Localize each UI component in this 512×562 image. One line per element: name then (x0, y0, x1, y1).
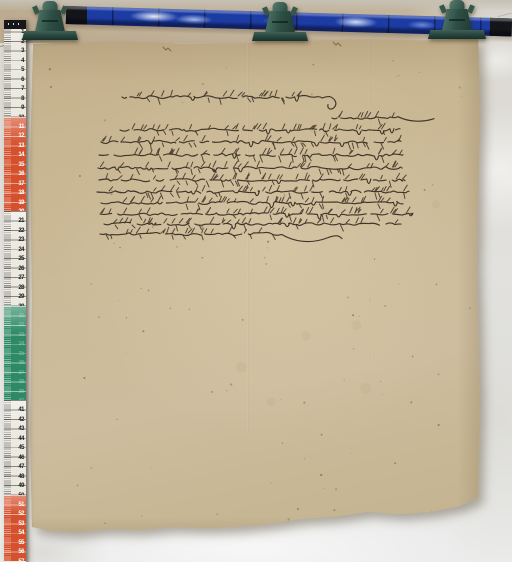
ruler-number: 3 (21, 48, 24, 54)
ruler-number: 22 (18, 228, 24, 234)
ruler-number: 56 (18, 549, 24, 555)
clip-body (442, 9, 472, 31)
ruler-number: 4 (21, 58, 24, 64)
ruler-band-11-20: 11121314151617181920 (4, 117, 26, 212)
ruler-number: 13 (18, 143, 24, 149)
ruler-number: 45 (18, 445, 24, 451)
ruler-number: 44 (18, 436, 24, 442)
ruler-mm-ticks (4, 117, 11, 212)
ruler-number: 32 (18, 322, 24, 328)
ruler-band-31-40: 31323334353637383940 (4, 306, 26, 401)
ruler-number: 43 (18, 426, 24, 432)
clip-base (428, 30, 486, 39)
ruler-number: 57 (18, 559, 24, 562)
ruler-number: 39 (18, 389, 24, 395)
ruler-band-21-30: 21222324252627282930 (4, 211, 26, 306)
ruler-number: 17 (18, 181, 24, 187)
ruler-number: 27 (18, 275, 24, 281)
ruler-number: 47 (18, 464, 24, 470)
clip-knob-icon (43, 1, 58, 11)
ruler-number: 41 (18, 407, 24, 413)
ruler-number: 51 (18, 502, 24, 508)
ruler-number: 38 (18, 379, 24, 385)
ruler-band-41-50: 41424344454647484950 (4, 400, 26, 495)
manuscript-paper (30, 38, 480, 532)
paper-shadow-wrap (0, 0, 512, 562)
ruler-number: 26 (18, 266, 24, 272)
ruler-number: 25 (18, 256, 24, 262)
ruler-number: 42 (18, 417, 24, 423)
ruler-number: 24 (18, 247, 24, 253)
ruler-number: 11 (19, 124, 24, 130)
binder-clip-left (22, 1, 78, 40)
ruler-number: 36 (18, 360, 24, 366)
tape-measure-ruler: 1234567891011121314151617181920212223242… (4, 20, 26, 562)
ruler-number: 6 (21, 77, 24, 83)
clip-body (35, 10, 65, 32)
ruler-number: 8 (21, 96, 24, 102)
handwritten-ink (30, 38, 480, 532)
binder-clip-right (428, 0, 486, 39)
ruler-number: 48 (18, 474, 24, 480)
binder-clip-middle (252, 2, 308, 41)
ruler-number: 18 (18, 190, 24, 196)
ruler-number: 35 (18, 351, 24, 357)
clip-body (265, 11, 295, 33)
ruler-number: 21 (18, 218, 24, 224)
ruler-mm-ticks (4, 306, 11, 401)
ruler-number: 29 (18, 294, 24, 300)
clip-base (252, 32, 308, 41)
ruler-number: 19 (18, 200, 24, 206)
ruler-number: 55 (18, 540, 24, 546)
ruler-band-51-57: 51525354555657 (4, 495, 26, 561)
ruler-mm-ticks (4, 495, 11, 561)
clip-base (22, 31, 78, 40)
ruler-number: 34 (18, 341, 24, 347)
ruler-number: 52 (18, 511, 24, 517)
ruler-zero-end (4, 20, 26, 29)
ruler-number: 53 (18, 521, 24, 527)
ruler-number: 28 (18, 285, 24, 291)
ruler-number: 37 (18, 370, 24, 376)
ruler-mm-ticks (4, 211, 11, 306)
ruler-number: 23 (18, 237, 24, 243)
ruler-number: 9 (21, 105, 24, 111)
ruler-number: 31 (18, 313, 24, 319)
ruler-number: 15 (18, 162, 24, 168)
ruler-number: 33 (18, 332, 24, 338)
ruler-number: 49 (18, 483, 24, 489)
clip-knob-icon (450, 0, 465, 10)
ruler-mm-ticks (4, 22, 11, 117)
ruler-number: 12 (18, 133, 24, 139)
ruler-number: 54 (18, 530, 24, 536)
ruler-mm-ticks (4, 400, 11, 495)
ruler-number: 5 (21, 67, 24, 73)
ruler-number: 14 (18, 152, 24, 158)
ruler-number: 7 (21, 86, 24, 92)
clip-knob-icon (273, 2, 288, 12)
manuscript-photograph: Handwritten manuscript letter in cursive… (0, 0, 512, 562)
ruler-bands: 1234567891011121314151617181920212223242… (4, 20, 26, 562)
ruler-number: 46 (18, 455, 24, 461)
ruler-number: 16 (18, 171, 24, 177)
